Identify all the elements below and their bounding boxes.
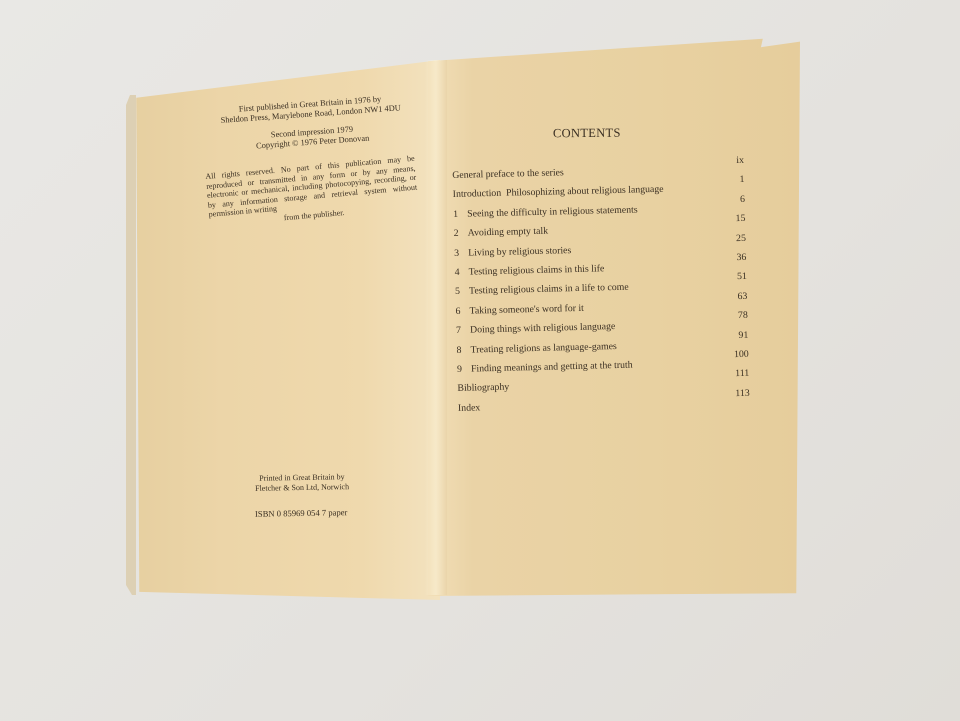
printer-block: Printed in Great Britain by Fletcher & S… (232, 472, 372, 494)
toc-entry-label: 3Living by religious stories (454, 245, 571, 259)
table-of-contents: General preface to the seriesixIntroduct… (452, 157, 750, 416)
chapter-title: Avoiding empty talk (468, 226, 549, 239)
toc-entry-label: 4Testing religious claims in this life (455, 263, 605, 278)
chapter-title: Seeing the difficulty in religious state… (467, 204, 638, 219)
page-number: 6 (740, 194, 745, 205)
page-number: 113 (735, 387, 750, 398)
toc-entry-label: Index (458, 402, 481, 414)
chapter-title: Bibliography (457, 382, 509, 394)
chapter-number: 2 (454, 228, 468, 239)
toc-entry-label: Bibliography (457, 382, 509, 394)
chapter-number: 6 (455, 305, 469, 316)
page-number: 111 (735, 368, 749, 379)
chapter-title: Finding meanings and getting at the trut… (471, 360, 633, 375)
chapter-number: 4 (455, 267, 469, 278)
page-number: ix (736, 155, 744, 166)
chapter-number: 3 (454, 247, 468, 258)
open-book: First published in Great Britain in 1976… (0, 0, 960, 721)
contents-title: CONTENTS (553, 126, 621, 142)
toc-entry-label: 6Taking someone's word for it (455, 303, 584, 317)
chapter-title: Treating religions as language-games (470, 341, 617, 356)
page-number: 51 (737, 271, 747, 282)
chapter-number: 9 (457, 364, 471, 375)
book-edge (126, 95, 136, 595)
chapter-number: 7 (456, 325, 470, 336)
page-number: 63 (737, 291, 747, 302)
isbn: ISBN 0 85969 054 7 paper (255, 507, 348, 519)
page-number: 1 (739, 174, 744, 185)
chapter-title: General preface to the series (452, 167, 564, 181)
page-number: 91 (738, 329, 748, 340)
toc-entry-label: General preface to the series (452, 167, 564, 181)
chapter-title: Testing religious claims in this life (469, 263, 605, 277)
page-number: 36 (736, 252, 746, 263)
chapter-title: Testing religious claims in a life to co… (469, 282, 629, 297)
page-number: 25 (736, 232, 746, 243)
toc-entry-label: 2Avoiding empty talk (454, 226, 549, 239)
toc-entry-label: 7Doing things with religious language (456, 321, 616, 336)
page-number: 100 (734, 349, 749, 360)
chapter-title: Taking someone's word for it (469, 303, 584, 317)
toc-entry-label: 8Treating religions as language-games (456, 341, 617, 356)
toc-entry-label: 9Finding meanings and getting at the tru… (457, 360, 633, 375)
chapter-title: Index (458, 402, 481, 414)
page-number: 15 (735, 213, 745, 224)
chapter-number: 5 (455, 286, 469, 297)
chapter-number: 8 (456, 344, 470, 355)
page-number: 78 (738, 310, 748, 321)
toc-entry-label: 5Testing religious claims in a life to c… (455, 282, 629, 297)
chapter-number: 1 (453, 208, 467, 219)
chapter-title: Living by religious stories (468, 245, 571, 259)
chapter-title: Doing things with religious language (470, 321, 616, 336)
